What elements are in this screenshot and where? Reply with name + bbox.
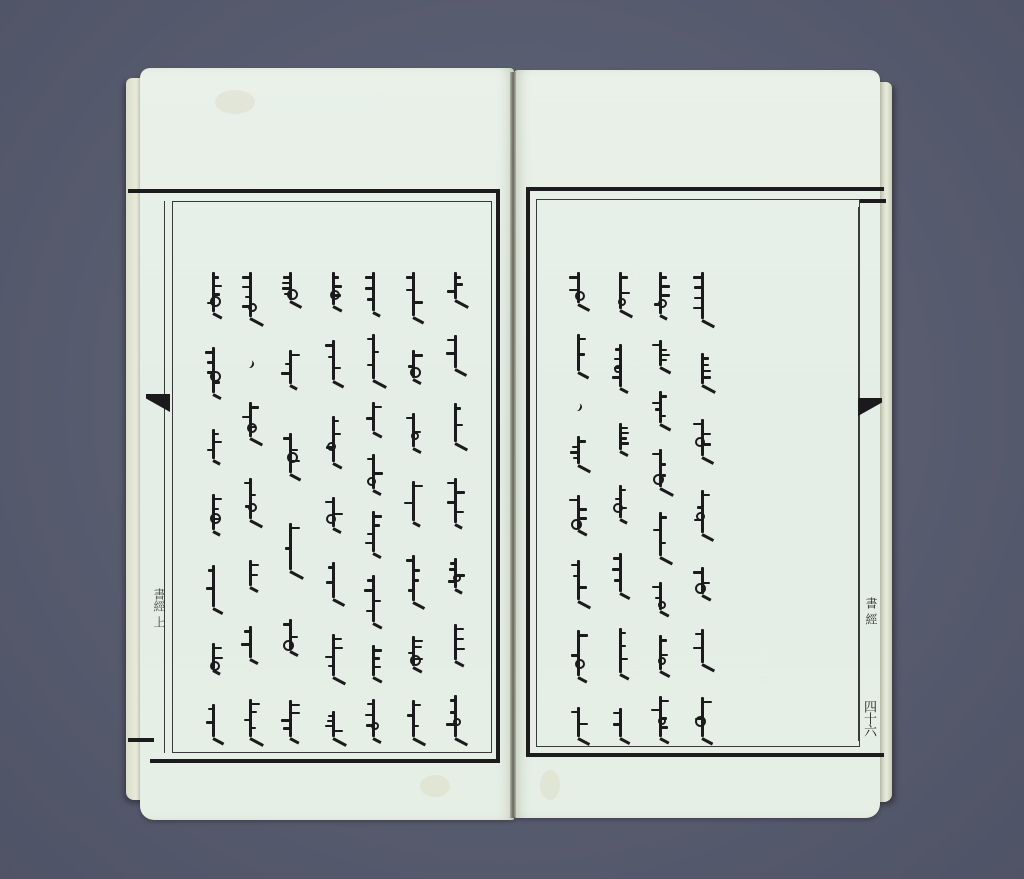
- manchu-word: [273, 700, 307, 745]
- manchu-word: [316, 634, 350, 684]
- manchu-word: [356, 272, 390, 319]
- script-column: [560, 272, 596, 745]
- manchu-word: [603, 708, 637, 745]
- script-column: [602, 272, 638, 745]
- manchu-word: [396, 481, 430, 529]
- manchu-word: [196, 429, 230, 467]
- manchu-word: [603, 272, 637, 317]
- manchu-word: [643, 391, 677, 431]
- manchu-word: [561, 560, 595, 608]
- right-fold-title: 書 經: [862, 597, 878, 625]
- manchu-word: [196, 643, 230, 677]
- paper-stain: [215, 90, 255, 114]
- manchu-word: [396, 555, 430, 609]
- manchu-word: [603, 553, 637, 600]
- script-column: [195, 272, 231, 745]
- manchu-word: [685, 567, 719, 602]
- manchu-word: [356, 334, 390, 387]
- script-column: [395, 272, 431, 745]
- script-column: [642, 272, 678, 745]
- manchu-word: [233, 560, 267, 594]
- punctuation-mark: [245, 359, 255, 369]
- manchu-word: [643, 582, 677, 618]
- manchu-word: [438, 558, 472, 596]
- manchu-word: [396, 636, 430, 674]
- manchu-word: [685, 272, 719, 327]
- manchu-word: [603, 628, 637, 681]
- manchu-word: [316, 562, 350, 606]
- manchu-word: [273, 619, 307, 658]
- manchu-word: [643, 512, 677, 564]
- manchu-word: [643, 449, 677, 495]
- manchu-word: [685, 697, 719, 745]
- manchu-word: [643, 340, 677, 374]
- script-column: [355, 272, 391, 745]
- book-gutter: [510, 72, 516, 818]
- manchu-word: [438, 335, 472, 376]
- manchu-word: [643, 696, 677, 745]
- script-column: [272, 272, 308, 745]
- manchu-word: [233, 626, 267, 666]
- script-column: [684, 272, 720, 745]
- manchu-word: [196, 272, 230, 320]
- right-frame-edge: [860, 199, 886, 207]
- manchu-word: [356, 511, 390, 560]
- manchu-word: [438, 272, 472, 307]
- manchu-word: [196, 565, 230, 615]
- manchu-word: [396, 413, 430, 455]
- paper-stain: [540, 770, 560, 800]
- manchu-word: [603, 423, 637, 458]
- manchu-word: [233, 402, 267, 445]
- manchu-word: [196, 347, 230, 401]
- page-number: 四十六: [860, 700, 878, 736]
- paper-stain: [420, 775, 450, 797]
- manchu-word: [273, 433, 307, 481]
- right-fold-line: [858, 207, 859, 741]
- manchu-word: [685, 629, 719, 671]
- manchu-word: [196, 704, 230, 745]
- manchu-word: [438, 403, 472, 450]
- manchu-word: [356, 699, 390, 745]
- manchu-word: [316, 272, 350, 313]
- manchu-word: [561, 272, 595, 311]
- manchu-word: [438, 624, 472, 668]
- manchu-word: [356, 402, 390, 439]
- manchu-word: [273, 272, 307, 308]
- left-fold-line: [164, 201, 165, 753]
- left-frame-edge: [128, 738, 154, 746]
- manchu-word: [561, 707, 595, 745]
- manchu-word: [561, 630, 595, 684]
- punctuation-mark: [573, 402, 583, 412]
- manchu-word: [356, 575, 390, 630]
- manchu-word: [561, 334, 595, 379]
- script-column: [437, 272, 473, 745]
- script-column: [315, 272, 351, 745]
- manchu-word: [685, 419, 719, 464]
- manchu-word: [356, 454, 390, 497]
- manchu-word: [396, 350, 430, 386]
- manchu-word: [438, 478, 472, 531]
- manchu-word: [685, 353, 719, 392]
- open-book: 書經 上 書 經 四十六: [0, 0, 1024, 879]
- manchu-word: [438, 695, 472, 745]
- manchu-word: [233, 699, 267, 745]
- manchu-word: [196, 494, 230, 538]
- manchu-word: [273, 523, 307, 578]
- manchu-word: [233, 272, 267, 325]
- manchu-word: [316, 497, 350, 535]
- manchu-word: [396, 272, 430, 324]
- script-column: [232, 272, 268, 745]
- manchu-word: [685, 490, 719, 541]
- manchu-word: [316, 711, 350, 745]
- left-fold-title: 書經 上: [132, 588, 166, 628]
- manchu-word: [316, 416, 350, 470]
- manchu-word: [643, 272, 677, 322]
- manchu-word: [603, 485, 637, 526]
- manchu-word: [273, 350, 307, 392]
- manchu-word: [561, 495, 595, 537]
- manchu-word: [316, 340, 350, 388]
- manchu-word: [561, 436, 595, 472]
- manchu-word: [233, 478, 267, 527]
- manchu-word: [356, 645, 390, 684]
- left-frame-edge: [128, 189, 154, 197]
- manchu-word: [396, 700, 430, 745]
- manchu-word: [603, 344, 637, 395]
- manchu-word: [643, 635, 677, 678]
